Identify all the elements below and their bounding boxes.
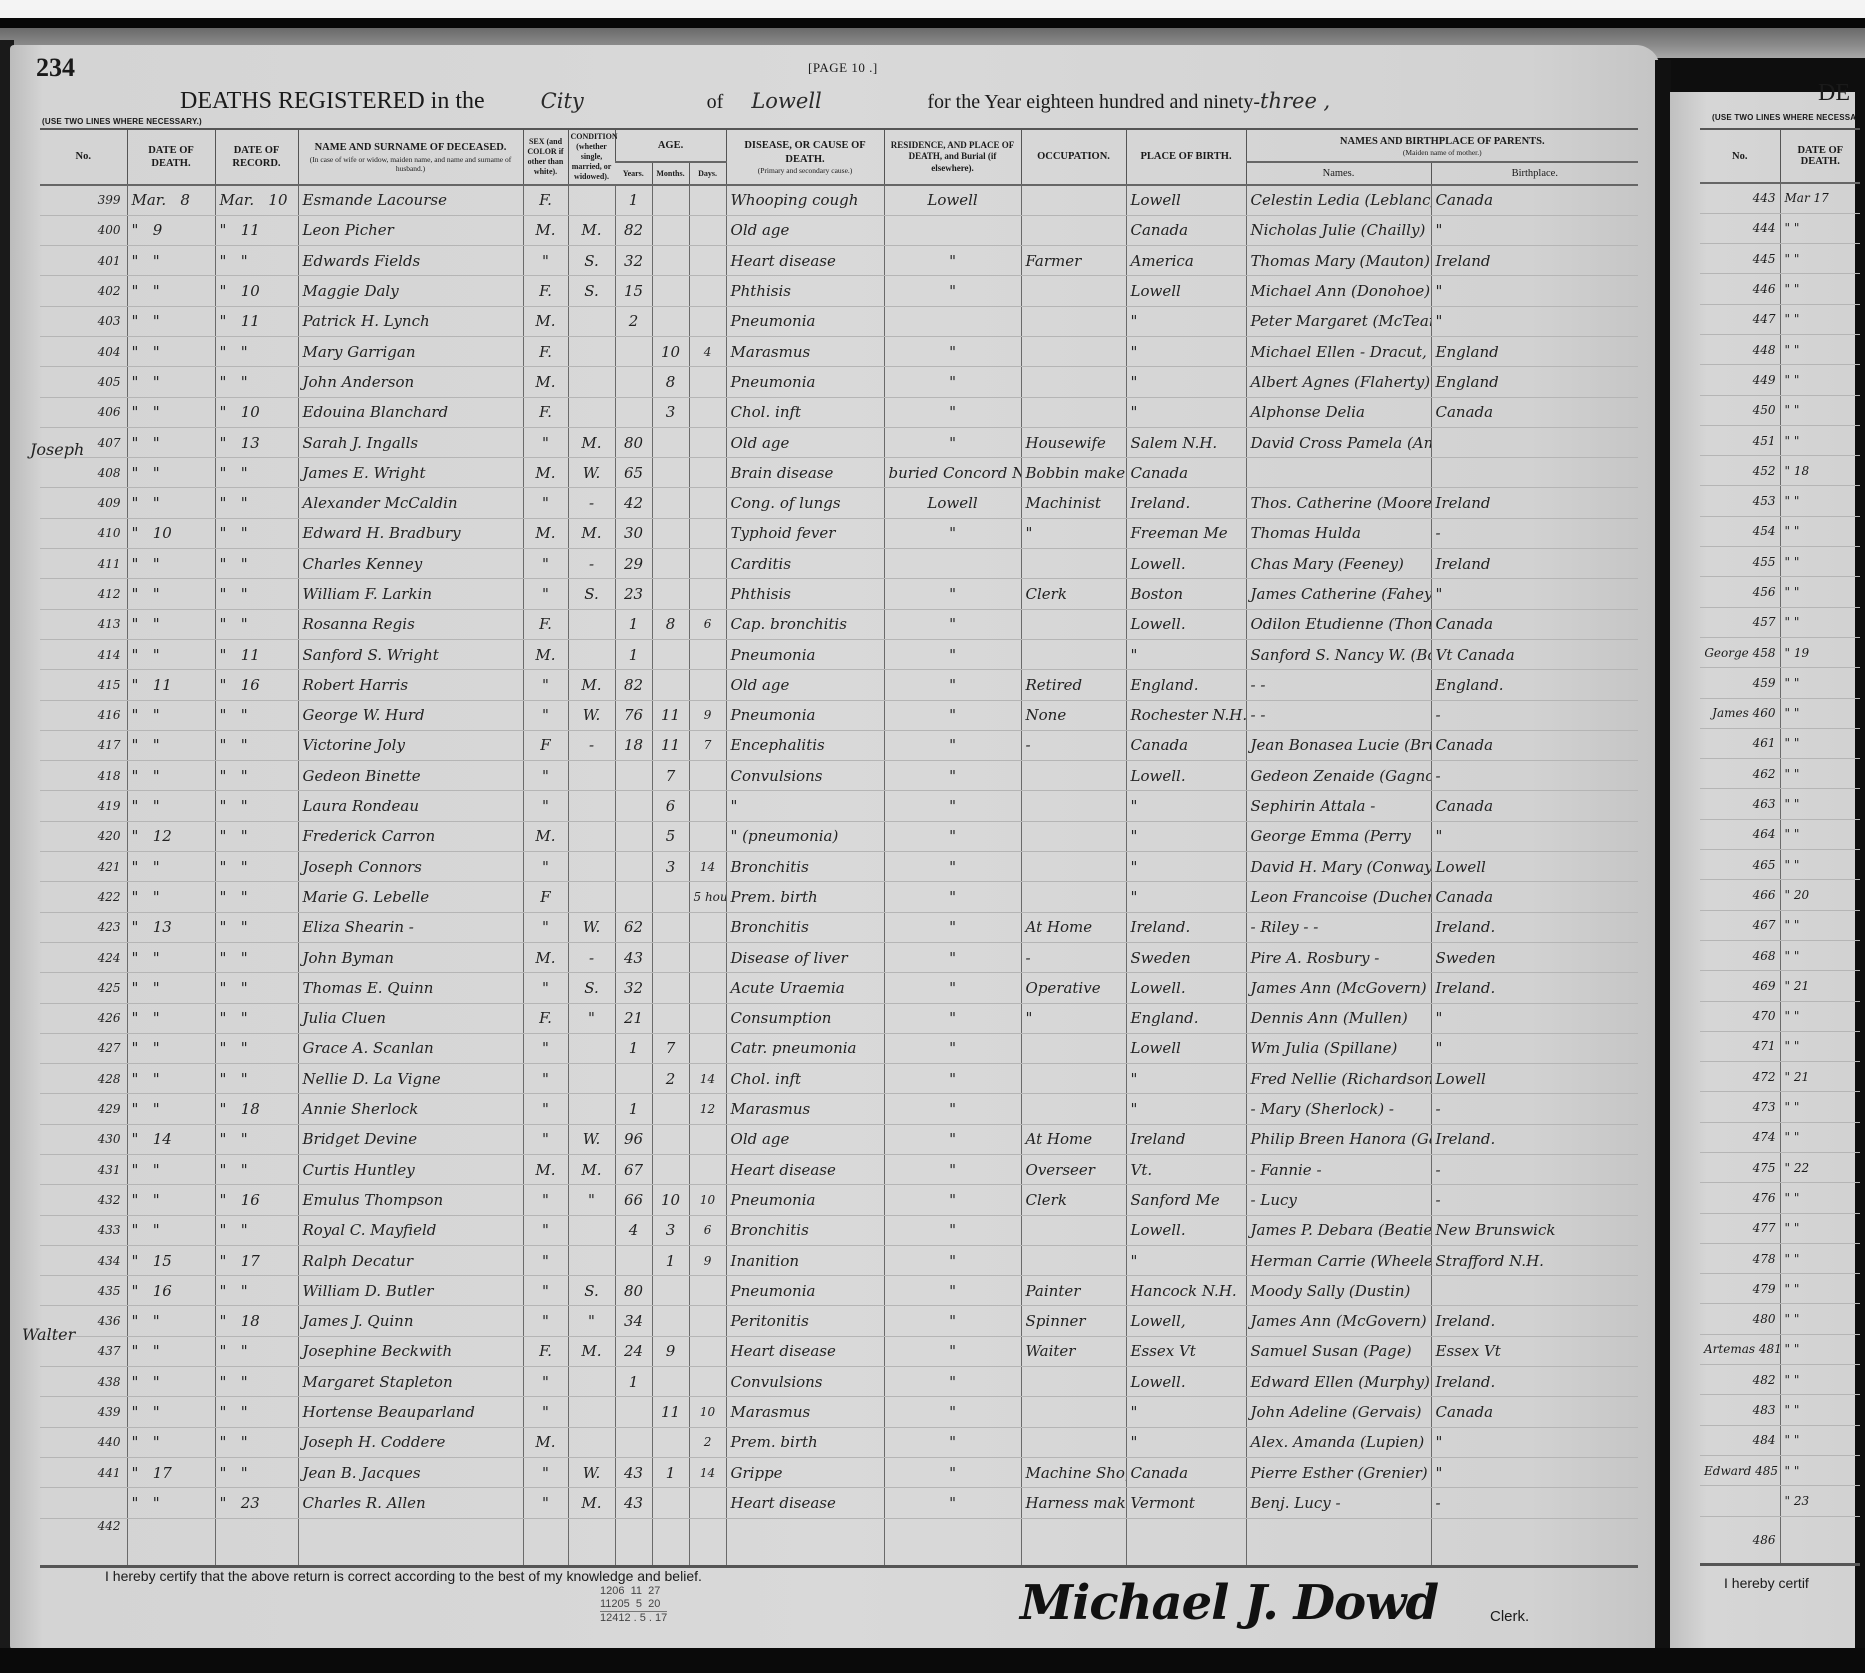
right-cell-no: 455 [1700, 547, 1780, 577]
cell-date-of-record: " 23 [215, 1488, 298, 1518]
record-month: " [220, 1161, 227, 1179]
cell-yrs: 1 [615, 1033, 652, 1063]
cell-yrs: 42 [615, 488, 652, 518]
cell-p_birth: Ireland. [1431, 1306, 1638, 1336]
cell-no: 404 [40, 336, 127, 366]
cell-parents: Leon Francoise (Duchene) [1246, 882, 1431, 912]
cell-sex: " [523, 1033, 568, 1063]
cell-birth: " [1126, 1245, 1246, 1275]
empty-cell [1780, 1516, 1860, 1564]
cell-occ [1021, 1397, 1126, 1427]
cell-name: Mary Garrigan [298, 336, 523, 366]
death-month: " [132, 1039, 139, 1057]
death-day: " [153, 373, 160, 391]
col-header-disease-label: DISEASE, OR CAUSE OF DEATH. [744, 140, 865, 164]
cell-disease: Phthisis [726, 276, 884, 306]
death-month: " [132, 524, 139, 542]
record-month: " [220, 312, 227, 330]
cell-mos: 7 [652, 1033, 689, 1063]
right-cell-date: " " [1780, 940, 1860, 970]
cell-disease: Carditis [726, 549, 884, 579]
cell-parents: James Ann (McGovern) [1246, 973, 1431, 1003]
cell-p_birth: - [1431, 761, 1638, 791]
record-day: 13 [241, 434, 260, 452]
cell-occ: Operative [1021, 973, 1126, 1003]
cell-parents: Albert Agnes (Flaherty) [1246, 367, 1431, 397]
cell-birth: Canada [1126, 458, 1246, 488]
right-cell-date: " " [1780, 1304, 1860, 1334]
cell-mos [652, 942, 689, 972]
death-month: " [132, 373, 139, 391]
cell-birth: Lowell. [1126, 1215, 1246, 1245]
death-day: " [153, 1161, 160, 1179]
cell-disease: Marasmus [726, 336, 884, 366]
table-row: 438" "" "Margaret Stapleton"1Convulsions… [40, 1367, 1638, 1397]
cell-cond [568, 882, 615, 912]
cell-sex: " [523, 791, 568, 821]
cell-mos: 11 [652, 700, 689, 730]
record-day: " [241, 797, 248, 815]
cell-name: Charles R. Allen [298, 1488, 523, 1518]
cell-p_birth: Canada [1431, 791, 1638, 821]
right-table-row: " 23 [1700, 1486, 1860, 1516]
cell-cond: S. [568, 246, 615, 276]
death-month: " [132, 858, 139, 876]
right-cell-no: 443 [1700, 183, 1780, 213]
cell-date-of-record: " " [215, 973, 298, 1003]
cell-sex: " [523, 912, 568, 942]
cell-date-of-record: " 18 [215, 1306, 298, 1336]
municipality-name: Lowell [751, 89, 921, 113]
record-month: " [220, 1252, 227, 1270]
death-month: " [132, 1161, 139, 1179]
cell-birth: Canada [1126, 1457, 1246, 1487]
cell-occ [1021, 1427, 1126, 1457]
cell-parents: Odilon Etudienne (Thongin) [1246, 609, 1431, 639]
cell-mos: 3 [652, 1215, 689, 1245]
right-cell-no: 477 [1700, 1213, 1780, 1243]
table-row: 435" 16" "William D. Butler"S.80Pneumoni… [40, 1276, 1638, 1306]
cell-p_birth: Canada [1431, 1397, 1638, 1427]
cell-p_birth: " [1431, 579, 1638, 609]
col-header-age-months: Months. [652, 162, 689, 185]
cell-date-of-record: " " [215, 912, 298, 942]
cell-mos [652, 458, 689, 488]
record-day: 11 [241, 221, 260, 239]
record-month: " [220, 1100, 227, 1118]
cell-date-of-record: " 17 [215, 1245, 298, 1275]
death-day: " [153, 1403, 160, 1421]
record-month: " [220, 918, 227, 936]
cell-disease: Pneumonia [726, 1185, 884, 1215]
cell-date-of-death: " 9 [127, 215, 215, 245]
table-row: 420" 12" "Frederick CarronM.5" (pneumoni… [40, 821, 1638, 851]
right-table-row: 445" " [1700, 244, 1860, 274]
cell-date-of-death: " " [127, 1306, 215, 1336]
cell-p_birth: - [1431, 700, 1638, 730]
cell-sex: F. [523, 1003, 568, 1033]
cell-occ: At Home [1021, 912, 1126, 942]
cell-sex: " [523, 852, 568, 882]
cell-occ: Harness maker [1021, 1488, 1126, 1518]
record-day: " [241, 1221, 248, 1239]
cell-birth: Lowell, [1126, 1306, 1246, 1336]
col-header-disease: DISEASE, OR CAUSE OF DEATH.(Primary and … [726, 129, 884, 185]
table-row: 403" "" 11Patrick H. LynchM.2Pneumonia"P… [40, 306, 1638, 336]
record-month: " [220, 434, 227, 452]
cell-parents: Celestin Ledia (Leblanc) [1246, 185, 1431, 215]
death-month: " [132, 494, 139, 512]
record-day: 17 [241, 1252, 260, 1270]
cell-mos: 1 [652, 1245, 689, 1275]
death-month: " [132, 221, 139, 239]
table-row: 426" "" "Julia CluenF."21Consumption""En… [40, 1003, 1638, 1033]
cell-sex: " [523, 1397, 568, 1427]
cell-yrs: 96 [615, 1124, 652, 1154]
right-table-row: 476" " [1700, 1183, 1860, 1213]
record-month: " [220, 585, 227, 603]
cell-birth: Canada [1126, 730, 1246, 760]
right-cell-no: 462 [1700, 759, 1780, 789]
cell-parents: George Emma (Perry [1246, 821, 1431, 851]
table-row: 419" "" "Laura Rondeau"6"""Sephirin Atta… [40, 791, 1638, 821]
cell-residence [884, 215, 1021, 245]
cell-p_birth: - [1431, 1094, 1638, 1124]
cell-disease: Catr. pneumonia [726, 1033, 884, 1063]
cell-cond: W. [568, 1124, 615, 1154]
record-month: " [220, 1009, 227, 1027]
cell-days [689, 761, 726, 791]
cell-mos: 10 [652, 336, 689, 366]
death-day: " [153, 706, 160, 724]
record-day: " [241, 1342, 248, 1360]
col-header-occupation: OCCUPATION. [1021, 129, 1126, 185]
cell-date-of-record: " 10 [215, 397, 298, 427]
cell-yrs: 43 [615, 1457, 652, 1487]
cell-days [689, 791, 726, 821]
cell-days [689, 1033, 726, 1063]
death-month: " [132, 1221, 139, 1239]
right-cell-date: " " [1780, 577, 1860, 607]
table-row: 417" "" "Victorine JolyF-18117Encephalit… [40, 730, 1638, 760]
table-row: 412" "" "William F. Larkin"S.23Phthisis"… [40, 579, 1638, 609]
cell-days [689, 1124, 726, 1154]
cell-days: 14 [689, 852, 726, 882]
right-cell-no [1700, 1486, 1780, 1516]
cell-name: Edwards Fields [298, 246, 523, 276]
death-month: " [132, 312, 139, 330]
death-month: " [132, 918, 139, 936]
cell-mos [652, 518, 689, 548]
cell-sex: M. [523, 1155, 568, 1185]
cell-disease: Bronchitis [726, 1215, 884, 1245]
cell-yrs: 82 [615, 215, 652, 245]
cell-cond [568, 1397, 615, 1427]
cell-days [689, 276, 726, 306]
cell-p_birth: " [1431, 306, 1638, 336]
cell-mos: 5 [652, 821, 689, 851]
cell-occ [1021, 549, 1126, 579]
table-row: 400" 9" 11Leon PicherM.M.82Old ageCanada… [40, 215, 1638, 245]
right-cell-date: " " [1780, 365, 1860, 395]
death-day: " [153, 1494, 160, 1512]
cell-yrs: 62 [615, 912, 652, 942]
cell-cond: S. [568, 973, 615, 1003]
table-row: 429" "" 18Annie Sherlock"112Marasmus""- … [40, 1094, 1638, 1124]
cell-name: Robert Harris [298, 670, 523, 700]
cell-no: 402 [40, 276, 127, 306]
cell-occ: Retired [1021, 670, 1126, 700]
right-cell-no: 450 [1700, 395, 1780, 425]
right-cell-no: 446 [1700, 274, 1780, 304]
cell-name: James E. Wright [298, 458, 523, 488]
cell-p_birth: England [1431, 367, 1638, 397]
cell-date-of-death: " " [127, 852, 215, 882]
cell-p_birth: " [1431, 276, 1638, 306]
cell-mos [652, 276, 689, 306]
cell-residence: buried Concord N.H. [884, 458, 1021, 488]
cell-date-of-death: " 14 [127, 1124, 215, 1154]
cell-parents: Dennis Ann (Mullen) [1246, 1003, 1431, 1033]
cell-days [689, 306, 726, 336]
cell-sex: " [523, 1457, 568, 1487]
cell-residence: " [884, 1245, 1021, 1275]
cell-date-of-death: " " [127, 942, 215, 972]
ledger-body: 399Mar. 8Mar. 10Esmande LacourseF.1Whoop… [40, 185, 1638, 1566]
death-day: " [153, 555, 160, 573]
right-table-row: 459" " [1700, 668, 1860, 698]
cell-residence: " [884, 246, 1021, 276]
cell-date-of-record: " " [215, 488, 298, 518]
cell-birth: Hancock N.H. [1126, 1276, 1246, 1306]
table-row: 432" "" 16Emulus Thompson""661010Pneumon… [40, 1185, 1638, 1215]
table-row: 399Mar. 8Mar. 10Esmande LacourseF.1Whoop… [40, 185, 1638, 215]
cell-birth: England. [1126, 1003, 1246, 1033]
record-month: " [220, 827, 227, 845]
right-cell-date: " " [1780, 304, 1860, 334]
cell-name: Gedeon Binette [298, 761, 523, 791]
cell-name: Grace A. Scanlan [298, 1033, 523, 1063]
right-table-row: 449" " [1700, 365, 1860, 395]
cell-cond [568, 791, 615, 821]
cell-occ [1021, 821, 1126, 851]
cell-disease: Pneumonia [726, 700, 884, 730]
cell-parents: Benj. Lucy - [1246, 1488, 1431, 1518]
cell-no: 419 [40, 791, 127, 821]
death-month: " [132, 736, 139, 754]
right-table-row: 450" " [1700, 395, 1860, 425]
cell-residence: " [884, 1155, 1021, 1185]
death-day: " [153, 888, 160, 906]
cell-sex: " [523, 246, 568, 276]
cell-birth: America [1126, 246, 1246, 276]
cell-disease: Old age [726, 215, 884, 245]
record-month: " [220, 373, 227, 391]
death-day: " [153, 1312, 160, 1330]
cell-no: 418 [40, 761, 127, 791]
right-cell-date: Mar 17 [1780, 183, 1860, 213]
record-month: " [220, 888, 227, 906]
cell-cond: M. [568, 1336, 615, 1366]
cell-disease: Disease of liver [726, 942, 884, 972]
table-row: 434" 15" 17Ralph Decatur"19Inanition""He… [40, 1245, 1638, 1275]
right-cell-no: 457 [1700, 607, 1780, 637]
right-page-heading: DE [1818, 80, 1850, 107]
record-day: " [241, 1070, 248, 1088]
cell-date-of-record: " " [215, 549, 298, 579]
right-table-row: 446" " [1700, 274, 1860, 304]
cell-mos [652, 1155, 689, 1185]
cell-date-of-record: " 18 [215, 1094, 298, 1124]
death-month: " [132, 403, 139, 421]
col-header-name-note: (In case of wife or widow, maiden name, … [301, 155, 521, 173]
cell-residence: " [884, 518, 1021, 548]
cell-parents: Pire A. Rosbury - [1246, 942, 1431, 972]
death-month: " [132, 1191, 139, 1209]
cell-date-of-record: " " [215, 821, 298, 851]
cell-sex: F [523, 882, 568, 912]
cell-residence: " [884, 1124, 1021, 1154]
cell-p_birth: " [1431, 1427, 1638, 1457]
cell-occ: Housewife [1021, 427, 1126, 457]
clerk-signature: Michael J. Dowd [1020, 1575, 1438, 1631]
record-month: " [220, 343, 227, 361]
cell-date-of-record: " " [215, 761, 298, 791]
cell-disease: Old age [726, 670, 884, 700]
cell-disease: Pneumonia [726, 367, 884, 397]
right-cell-date: " " [1780, 213, 1860, 243]
cell-name: Margaret Stapleton [298, 1367, 523, 1397]
cell-disease: Encephalitis [726, 730, 884, 760]
cell-p_birth: New Brunswick [1431, 1215, 1638, 1245]
cell-occ: Overseer [1021, 1155, 1126, 1185]
cell-birth: " [1126, 1427, 1246, 1457]
right-cell-no: 472 [1700, 1062, 1780, 1092]
right-table-row: 456" " [1700, 577, 1860, 607]
cell-days: 6 [689, 1215, 726, 1245]
cell-date-of-record: " " [215, 1427, 298, 1457]
empty-cell [726, 1518, 884, 1566]
cell-birth: Lowell [1126, 276, 1246, 306]
cell-yrs [615, 1064, 652, 1094]
right-table-row: 457" " [1700, 607, 1860, 637]
death-day: " [153, 1009, 160, 1027]
right-cell-no: James 460 [1700, 698, 1780, 728]
cell-cond [568, 821, 615, 851]
cell-no: 412 [40, 579, 127, 609]
cell-name: William F. Larkin [298, 579, 523, 609]
cell-days: 14 [689, 1064, 726, 1094]
cell-no: 421 [40, 852, 127, 882]
cell-days: 2 [689, 1427, 726, 1457]
record-day: 10 [241, 282, 260, 300]
cell-residence [884, 306, 1021, 336]
cell-residence: " [884, 1427, 1021, 1457]
death-day: " [153, 1342, 160, 1360]
death-day: " [153, 312, 160, 330]
cell-date-of-death: " " [127, 336, 215, 366]
cell-sex: M. [523, 518, 568, 548]
cell-p_birth: England. [1431, 670, 1638, 700]
cell-no: 441 [40, 1457, 127, 1487]
cell-days [689, 427, 726, 457]
cell-yrs: 1 [615, 1094, 652, 1124]
cell-cond [568, 1064, 615, 1094]
death-day: 14 [153, 1130, 172, 1148]
record-day: " [241, 1403, 248, 1421]
cell-residence: " [884, 1185, 1021, 1215]
cell-no: 415 [40, 670, 127, 700]
right-table-row: 482" " [1700, 1365, 1860, 1395]
death-month: " [132, 1433, 139, 1451]
cell-yrs: 4 [615, 1215, 652, 1245]
right-cell-no: 454 [1700, 516, 1780, 546]
tally-line: 11205 5 20 [600, 1598, 667, 1611]
cell-p_birth: " [1431, 1457, 1638, 1487]
cell-date-of-record: " " [215, 942, 298, 972]
cell-days [689, 185, 726, 215]
cell-birth: England. [1126, 670, 1246, 700]
cell-no: 423 [40, 912, 127, 942]
cell-cond [568, 761, 615, 791]
cell-name: Edward H. Bradbury [298, 518, 523, 548]
cell-mos: 3 [652, 852, 689, 882]
table-row: 404" "" "Mary GarriganF.104Marasmus""Mic… [40, 336, 1638, 366]
cell-date-of-record: " " [215, 730, 298, 760]
cell-cond [568, 1033, 615, 1063]
cell-disease: Prem. birth [726, 1427, 884, 1457]
right-table-row: 472" 21 [1700, 1062, 1860, 1092]
cell-p_birth: " [1431, 1003, 1638, 1033]
record-month: " [220, 1191, 227, 1209]
col-header-sex: SEX (and COLOR if other than white). [523, 129, 568, 185]
cell-residence: " [884, 852, 1021, 882]
cell-mos [652, 1003, 689, 1033]
cell-p_birth [1431, 1276, 1638, 1306]
cell-disease: Inanition [726, 1245, 884, 1275]
cell-parents: Alex. Amanda (Lupien) [1246, 1427, 1431, 1457]
cell-birth: " [1126, 397, 1246, 427]
death-day: " [153, 282, 160, 300]
cell-yrs: 65 [615, 458, 652, 488]
cell-mos: 9 [652, 1336, 689, 1366]
cell-residence: " [884, 639, 1021, 669]
death-month: " [132, 979, 139, 997]
cell-sex: " [523, 973, 568, 1003]
cell-parents: Samuel Susan (Page) [1246, 1336, 1431, 1366]
death-day: " [153, 797, 160, 815]
cell-cond [568, 1427, 615, 1457]
cell-no: 431 [40, 1155, 127, 1185]
record-month: " [220, 858, 227, 876]
cell-days: 6 [689, 609, 726, 639]
right-cell-no: George 458 [1700, 637, 1780, 667]
record-day: 18 [241, 1100, 260, 1118]
cell-residence: " [884, 1457, 1021, 1487]
cell-residence: " [884, 730, 1021, 760]
cell-occ [1021, 1215, 1126, 1245]
right-table-row: 474" " [1700, 1122, 1860, 1152]
cell-no: 422 [40, 882, 127, 912]
cell-date-of-death: " " [127, 730, 215, 760]
right-cell-no: 467 [1700, 910, 1780, 940]
right-cell-no: 444 [1700, 213, 1780, 243]
cell-parents: - Fannie - [1246, 1155, 1431, 1185]
right-table-row: 469" 21 [1700, 971, 1860, 1001]
cell-date-of-death: " " [127, 1064, 215, 1094]
cell-mos [652, 306, 689, 336]
cell-days: 10 [689, 1397, 726, 1427]
